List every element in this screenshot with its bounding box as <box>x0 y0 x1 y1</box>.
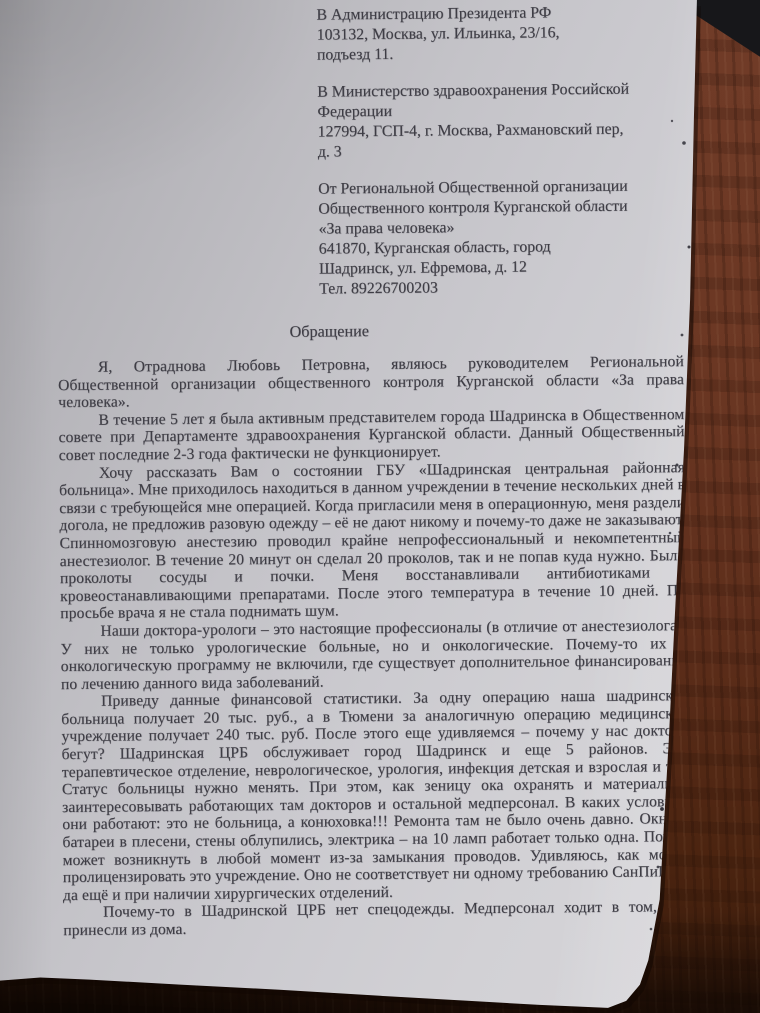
recipient-block-health-ministry: В Министерство здравоохранения Российско… <box>317 79 718 163</box>
paragraph-finance-conditions: Приведу данные финансовой статистики. За… <box>61 687 689 904</box>
paper-sheet: В Администрацию Президента РФ 103132, Мо… <box>0 0 760 1013</box>
address-header: В Администрацию Президента РФ 103132, Мо… <box>316 2 719 300</box>
paragraph-intro: Я, Отраднова Любовь Петровна, являюсь ру… <box>58 353 684 412</box>
paragraph-no-uniforms: Почему-то в Шадринской ЦРБ нет спецодежд… <box>63 898 689 939</box>
sender-block-organization: От Региональной Общественной организации… <box>318 176 719 300</box>
photo-of-document: В Администрацию Президента РФ 103132, Мо… <box>0 0 760 1013</box>
paragraph-urologists: Наши доктора-урологи – это настоящие про… <box>60 617 687 693</box>
document-title: Обращение <box>229 317 759 342</box>
recipient-block-president-administration: В Администрацию Президента РФ 103132, Мо… <box>316 2 717 66</box>
paragraph-hospital-experience: Хочу рассказать Вам о состоянии ГБУ «Шад… <box>59 459 686 623</box>
letter-body: Я, Отраднова Любовь Петровна, являюсь ру… <box>0 352 760 940</box>
paragraph-public-council: В течение 5 лет я была активным представ… <box>58 406 684 465</box>
letter-content: В Администрацию Президента РФ 103132, Мо… <box>0 1 760 940</box>
